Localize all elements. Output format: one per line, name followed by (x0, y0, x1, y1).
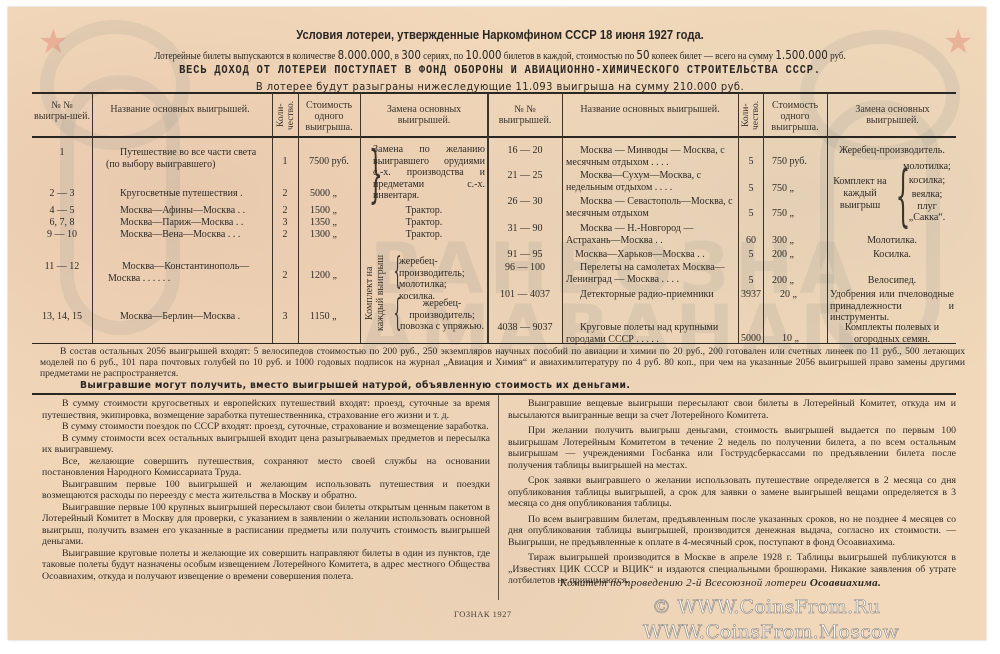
paragraph: Выигравшие вещевые выигрыши пересылают с… (508, 398, 956, 421)
header-replace: Замена основных выигрышей. (362, 104, 486, 126)
replace-group-option-a: жеребец-производитель; молотилка; косилк… (399, 256, 485, 302)
column-divider (763, 93, 764, 343)
replace-group-label: Комплект на каждый выигрыш (364, 252, 388, 334)
header-cost: Стоимость одного выигрыша. (765, 100, 825, 133)
header-qty: Коли-чество. (276, 97, 296, 134)
column-divider (298, 93, 299, 343)
cash-option-note: Выигравшие могут получить, вместо выигры… (80, 380, 630, 391)
header-numbers: № № выигры-шей. (34, 100, 90, 122)
column-divider (272, 93, 273, 343)
column-divider (92, 93, 93, 343)
table-bottom-rule (32, 343, 956, 344)
column-divider (738, 93, 739, 343)
paragraph: Срок заявки выигравшего о желании исполь… (508, 475, 956, 510)
conditions-right-column: Выигравшие вещевые выигрыши пересылают с… (508, 398, 956, 587)
header-qty: Коли-чество. (741, 97, 761, 134)
notes-divider-rule (32, 393, 956, 395)
replace-group-agri: Замена по желанию выигравшего орудиями с… (373, 144, 485, 202)
paragraph: Все, желающие совершить путешествия, сох… (42, 456, 490, 479)
issue-conditions: Лотерейные билеты выпускаются в количест… (92, 48, 909, 62)
watermark-text: © WWW.CoinsFrom.Ru (652, 596, 880, 618)
paragraph: В сумму стоимости кругосветных и европей… (42, 398, 490, 421)
paragraph: Выигравшие круговые полеты и желающие их… (42, 548, 490, 583)
paragraph: В сумму стоимости поездок по СССР входят… (42, 421, 490, 433)
paragraph: При желании получить выигрыш деньгами, с… (508, 425, 956, 471)
star-icon: ★ (943, 26, 973, 60)
document-title: Условия лотереи, утвержденные Наркомфино… (70, 27, 930, 42)
conditions-left-column: В сумму стоимости кругосветных и европей… (42, 398, 490, 582)
column-divider (360, 93, 361, 343)
header-numbers: № № выигрышей. (489, 104, 561, 126)
column-divider (827, 93, 828, 343)
paragraph: Выигравшие первые 100 крупных выигрышей … (42, 502, 490, 548)
paragraph: В сумму стоимости всех остальных выигрыш… (42, 433, 490, 456)
committee-signature: Комитет по проведению 2-й Всесоюзной лот… (560, 577, 881, 589)
other-prizes-note: В состав остальных 2056 выигрышей входят… (40, 346, 965, 380)
star-icon: ★ (38, 26, 68, 60)
replace-group-label: Комплект на каждый выигрыш (832, 176, 888, 212)
header-cost: Стоимость одного выигрыша. (300, 100, 358, 133)
header-replace: Замена основных выигрышей. (830, 104, 955, 126)
paragraph: По всем выигравшим билетам, предъявленны… (508, 514, 956, 549)
table-header-rule (32, 136, 956, 138)
header-name: Название основных выигрышей. (580, 104, 720, 115)
income-statement: ВЕСЬ ДОХОД ОТ ЛОТЕРЕИ ПОСТУПАЕТ В ФОНД О… (70, 63, 930, 77)
column-separator (498, 395, 499, 600)
column-divider (487, 93, 489, 343)
watermark-text: WWW.CoinsFrom.Moscow (643, 621, 899, 643)
printer-mark: ГОЗНАК 1927 (454, 609, 512, 619)
table-top-rule (32, 92, 956, 94)
header-name: Название основных выигрышей. (110, 104, 250, 115)
replace-group-option-b: жеребец-производитель; повозка с упряжью… (399, 298, 485, 333)
paragraph: Выигравшим первые 100 выигрышей и желающ… (42, 479, 490, 502)
column-divider (562, 93, 563, 343)
